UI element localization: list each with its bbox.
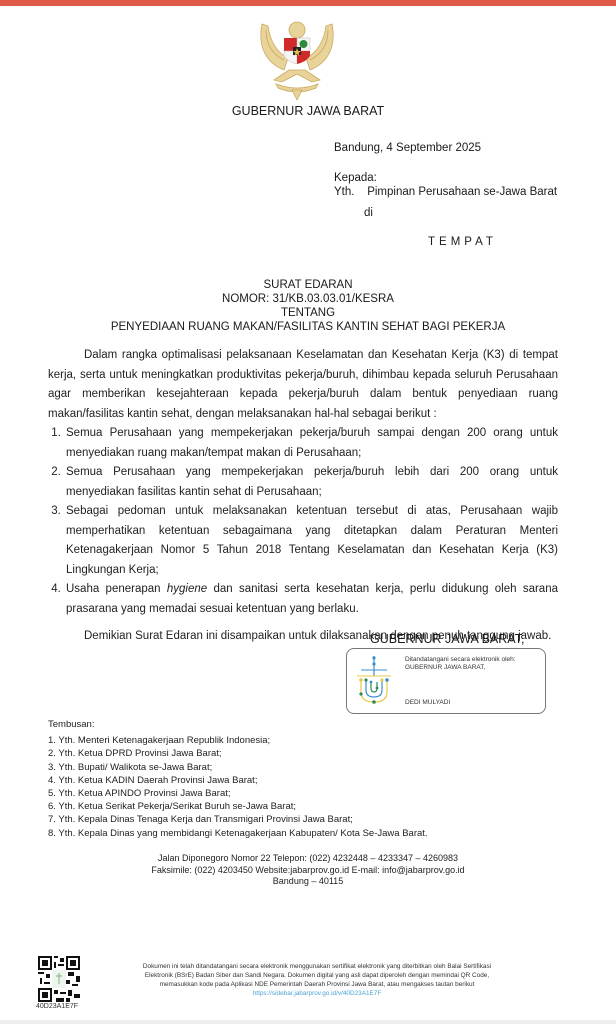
verification-link[interactable]: https://sidebar.jabarprov.go.id/v/40D23A… <box>108 989 526 998</box>
institution-heading: GUBERNUR JAWA BARAT <box>0 104 616 118</box>
list-item: Semua Perusahaan yang mempekerjakan peke… <box>64 463 558 502</box>
recipient: Pimpinan Perusahaan se-Jawa Barat <box>367 186 557 198</box>
instruction-list: Semua Perusahaan yang mempekerjakan peke… <box>48 424 558 619</box>
top-bar <box>0 0 616 6</box>
title-line-3: TENTANG <box>0 306 616 320</box>
letter-title: SURAT EDARAN NOMOR: 31/KB.03.03.01/KESRA… <box>0 278 616 334</box>
place-date: Bandung, 4 September 2025 <box>334 142 481 154</box>
title-number: NOMOR: 31/KB.03.03.01/KESRA <box>0 292 616 306</box>
garuda-emblem-icon <box>254 14 340 100</box>
recipient-line: Yth. Pimpinan Perusahaan se-Jawa Barat <box>334 186 557 198</box>
list-item: 1. Yth. Menteri Ketenagakerjaan Republik… <box>48 734 428 747</box>
letter-body: Dalam rangka optimalisasi pelaksanaan Ke… <box>48 346 558 647</box>
signer-name: DEDI MULYADI <box>405 699 450 706</box>
list-item: Semua Perusahaan yang mempekerjakan peke… <box>64 424 558 463</box>
bottom-bar <box>0 1020 616 1024</box>
qr-code-text: 40D23A1E7F <box>36 1003 78 1010</box>
di-label: di <box>364 207 373 219</box>
title-line-1: SURAT EDARAN <box>0 278 616 292</box>
intro-paragraph: Dalam rangka optimalisasi pelaksanaan Ke… <box>48 346 558 424</box>
list-item: 6. Yth. Ketua Serikat Pekerja/Serikat Bu… <box>48 800 428 813</box>
title-subject: PENYEDIAAN RUANG MAKAN/FASILITAS KANTIN … <box>0 320 616 334</box>
list-item: 2. Yth. Ketua DPRD Provinsi Jawa Barat; <box>48 747 428 760</box>
tempat-label: TEMPAT <box>428 236 497 248</box>
tembusan-list: 1. Yth. Menteri Ketenagakerjaan Republik… <box>48 734 428 840</box>
e-signature-box: Ditandatangani secara elektronik oleh: G… <box>346 648 546 714</box>
list-item: 4. Yth. Ketua KADIN Daerah Provinsi Jawa… <box>48 774 428 787</box>
signed-by-text: Ditandatangani secara elektronik oleh: G… <box>405 656 516 672</box>
e-sign-disclaimer: Dokumen ini telah ditandatangani secara … <box>108 962 526 998</box>
list-item: 3. Yth. Bupati/ Walikota se-Jawa Barat; <box>48 761 428 774</box>
list-item: 7. Yth. Kepala Dinas Tenaga Kerja dan Tr… <box>48 813 428 826</box>
tembusan-section: Tembusan: 1. Yth. Menteri Ketenagakerjaa… <box>48 718 428 840</box>
signature-title: GUBERNUR JAWA BARAT, <box>370 632 524 646</box>
list-item: 5. Yth. Ketua APINDO Provinsi Jawa Barat… <box>48 787 428 800</box>
footer-address: Jalan Diponegoro Nomor 22 Telepon: (022)… <box>0 853 616 888</box>
list-item: Usaha penerapan hygiene dan sanitasi ser… <box>64 580 558 619</box>
qr-code-icon[interactable] <box>38 956 80 1002</box>
tembusan-label: Tembusan: <box>48 718 428 731</box>
italic-term: hygiene <box>167 583 207 595</box>
list-item: 8. Yth. Kepala Dinas yang membidangi Ket… <box>48 827 428 840</box>
bsre-signature-logo-icon <box>353 654 395 706</box>
to-label: Kepada: <box>334 172 377 184</box>
yth-label: Yth. <box>334 186 364 198</box>
list-item: Sebagai pedoman untuk melaksanakan keten… <box>64 502 558 580</box>
